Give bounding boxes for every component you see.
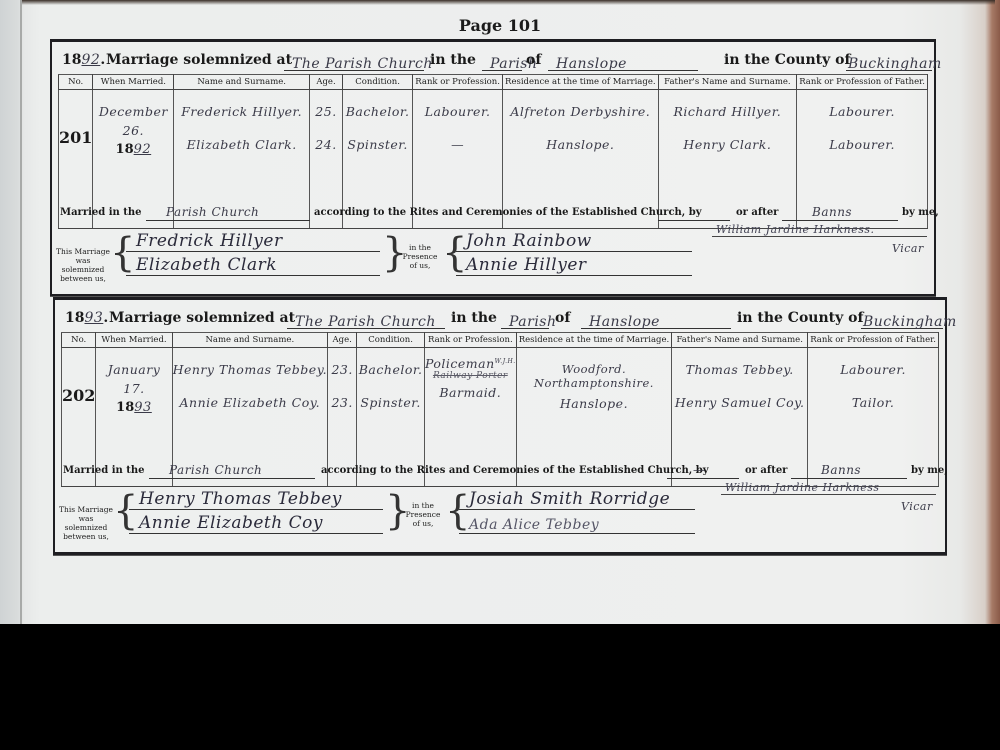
banns-field: Banns bbox=[791, 460, 907, 479]
col-father-rank: Rank or Profession of Father. bbox=[797, 75, 928, 90]
book-top-edge bbox=[20, 0, 995, 5]
col-father-rank: Rank or Profession of Father. bbox=[808, 333, 939, 348]
district-field: Hanslope bbox=[581, 310, 731, 329]
bride-signature: Elizabeth Clark bbox=[126, 255, 380, 276]
entry-heading: 1893. Marriage solemnized at The Parish … bbox=[65, 306, 939, 332]
groom-name: Henry Thomas Tebbey. bbox=[173, 362, 328, 377]
label-county: in the County of bbox=[737, 310, 863, 326]
signatures: This Marriage was solemnized between us,… bbox=[55, 485, 945, 547]
married-in-field: Parish Church bbox=[149, 460, 315, 479]
married-in-field: Parish Church bbox=[146, 202, 310, 221]
witness-2-signature: Annie Hillyer bbox=[456, 255, 692, 276]
label-solemnized-at: Marriage solemnized at bbox=[106, 52, 292, 68]
struck-rank: Railway Porter bbox=[425, 371, 516, 381]
col-no: No. bbox=[62, 333, 96, 348]
register-page: Page 101 1892. Marriage solemnized at Th… bbox=[0, 0, 1000, 624]
col-residence: Residence at the time of Marriage. bbox=[516, 333, 672, 348]
district-type-field: Parish bbox=[501, 310, 549, 329]
column-headers: No. When Married. Name and Surname. Age.… bbox=[62, 333, 939, 348]
correction-initials: W.J.H. bbox=[495, 358, 516, 365]
bride-rank: Barmaid. bbox=[425, 385, 516, 400]
county-field: Buckingham bbox=[861, 310, 943, 329]
witness-1-signature: John Rainbow bbox=[456, 231, 692, 252]
county-field: Buckingham bbox=[846, 52, 932, 71]
entry-year: 1893. bbox=[65, 310, 108, 326]
licence-field: — bbox=[667, 460, 739, 479]
label-in-the: in the bbox=[451, 310, 497, 326]
col-name: Name and Surname. bbox=[172, 333, 328, 348]
witness-2-signature: Ada Alice Tebbey bbox=[459, 513, 695, 534]
entry-heading: 1892. Marriage solemnized at The Parish … bbox=[62, 48, 928, 74]
col-condition: Condition. bbox=[357, 333, 425, 348]
bride-name: Elizabeth Clark. bbox=[174, 137, 309, 152]
col-when: When Married. bbox=[93, 75, 174, 90]
col-age: Age. bbox=[310, 75, 343, 90]
label-county: in the County of bbox=[724, 52, 850, 68]
col-father: Father's Name and Surname. bbox=[672, 333, 808, 348]
letterbox-band bbox=[0, 624, 1000, 750]
col-rank: Rank or Profession. bbox=[424, 333, 516, 348]
col-residence: Residence at the time of Marriage. bbox=[503, 75, 659, 90]
district-type-field: Parish bbox=[482, 52, 522, 71]
groom-name: Frederick Hillyer. bbox=[174, 104, 309, 119]
col-when: When Married. bbox=[96, 333, 172, 348]
col-rank: Rank or Profession. bbox=[413, 75, 503, 90]
church-field: The Parish Church bbox=[284, 52, 424, 71]
banns-field: Banns bbox=[782, 202, 898, 221]
groom-rank: Policeman bbox=[425, 356, 495, 371]
book-gutter bbox=[20, 0, 22, 624]
column-headers: No. When Married. Name and Surname. Age.… bbox=[59, 75, 928, 90]
label-presence: in the Presence of us, bbox=[401, 501, 445, 528]
label-of: of bbox=[526, 52, 541, 68]
col-age: Age. bbox=[328, 333, 357, 348]
label-solemnized-between: This Marriage was solemnized between us, bbox=[57, 505, 115, 541]
church-field: The Parish Church bbox=[287, 310, 445, 329]
groom-signature: Fredrick Hillyer bbox=[126, 231, 380, 252]
married-in-line: Married in the Parish Church according t… bbox=[63, 460, 939, 480]
label-in-the: in the bbox=[430, 52, 476, 68]
label-solemnized-at: Marriage solemnized at bbox=[109, 310, 295, 326]
witness-1-signature: Josiah Smith Rorridge bbox=[459, 489, 695, 510]
licence-field bbox=[658, 202, 730, 221]
col-name: Name and Surname. bbox=[174, 75, 310, 90]
bride-signature: Annie Elizabeth Coy bbox=[129, 513, 383, 534]
district-field: Hanslope bbox=[548, 52, 698, 71]
bride-name: Annie Elizabeth Coy. bbox=[173, 395, 328, 410]
groom-signature: Henry Thomas Tebbey bbox=[129, 489, 383, 510]
label-of: of bbox=[555, 310, 570, 326]
married-in-line: Married in the Parish Church according t… bbox=[60, 202, 928, 222]
col-no: No. bbox=[59, 75, 93, 90]
col-condition: Condition. bbox=[342, 75, 412, 90]
marriage-entry-201: 1892. Marriage solemnized at The Parish … bbox=[50, 39, 936, 296]
label-solemnized-between: This Marriage was solemnized between us, bbox=[54, 247, 112, 283]
label-presence: in the Presence of us, bbox=[398, 243, 442, 270]
entry-year: 1892. bbox=[62, 52, 105, 68]
signatures: This Marriage was solemnized between us,… bbox=[52, 227, 934, 289]
col-father: Father's Name and Surname. bbox=[658, 75, 797, 90]
page-number: Page 101 bbox=[0, 16, 1000, 35]
marriage-entry-202: 1893. Marriage solemnized at The Parish … bbox=[53, 297, 947, 555]
